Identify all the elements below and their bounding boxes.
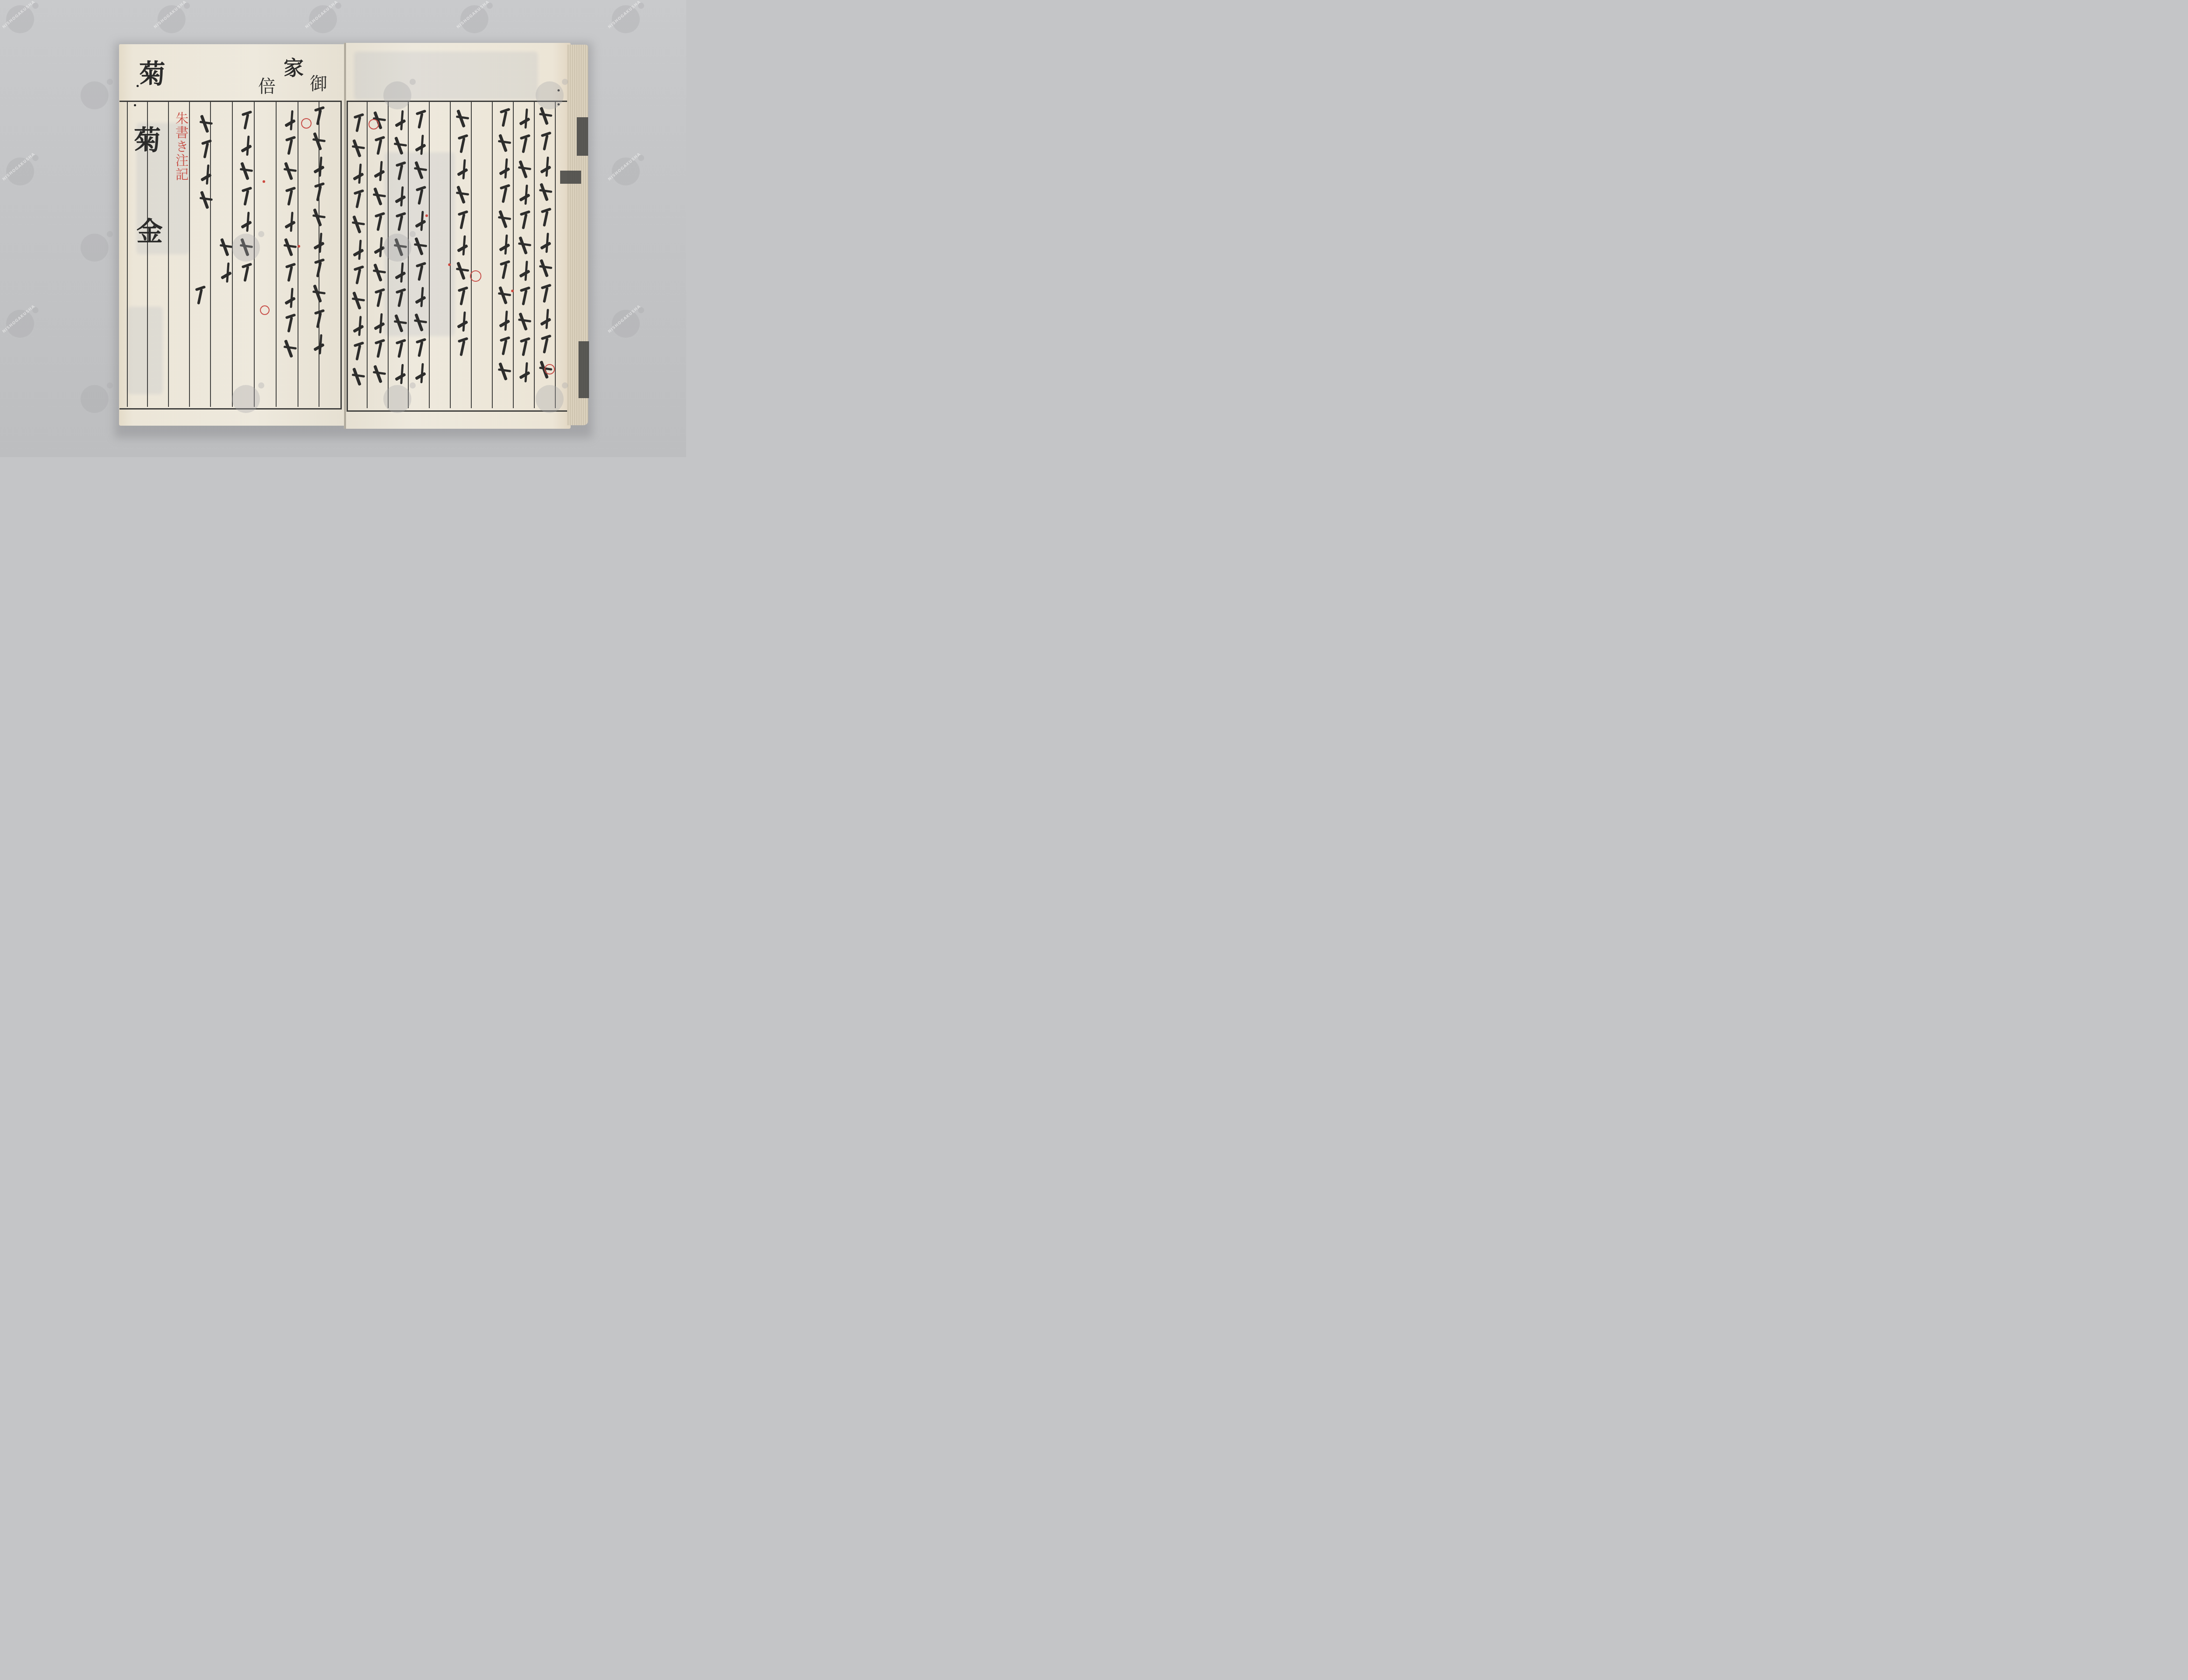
column-rule — [513, 102, 514, 408]
nishogakusha-watermark-logo — [383, 234, 411, 262]
column-rule — [492, 102, 493, 408]
nishogakusha-watermark-logo — [383, 385, 411, 413]
red-annotation: 朱書き注記 — [171, 112, 190, 182]
red-circle-mark — [368, 119, 379, 129]
edge-ink-block — [560, 171, 581, 184]
nishogakusha-watermark-logo — [81, 81, 109, 109]
nishogakusha-watermark-logo — [383, 81, 411, 109]
calligraphy-column — [311, 105, 327, 356]
calligraphy-column — [198, 113, 214, 212]
red-dot-mark — [448, 263, 451, 266]
nishogakusha-watermark-logo — [81, 385, 109, 413]
red-dot-mark — [425, 214, 428, 217]
column-rule — [429, 102, 430, 408]
header-char-ie: 家 — [284, 58, 304, 78]
column-rule — [450, 102, 451, 408]
column-rule — [555, 102, 556, 408]
title-char-kin: 金 — [137, 219, 163, 245]
calligraphy-column — [454, 108, 471, 359]
red-dot-mark — [263, 180, 265, 183]
title-char-kiku: 菊 — [134, 127, 161, 154]
red-circle-mark — [544, 364, 555, 374]
header-char-on: 御 — [310, 75, 327, 93]
column-rule — [534, 102, 535, 408]
calligraphy-column — [496, 107, 513, 383]
red-circle-mark — [260, 305, 270, 315]
header-char-kiku: 菊 — [139, 61, 165, 87]
nishogakusha-watermark-logo — [536, 81, 564, 109]
red-circle-mark — [301, 118, 312, 129]
nishogakusha-watermark-logo — [232, 234, 260, 262]
red-dot-mark — [511, 290, 514, 292]
column-rule — [168, 102, 169, 407]
nishogakusha-watermark-logo — [232, 385, 260, 413]
calligraphy-column — [412, 108, 429, 385]
red-dot-mark — [298, 245, 300, 248]
calligraphy-column — [516, 108, 533, 384]
header-char-bai: 倍 — [258, 78, 276, 95]
edge-ink-block — [577, 117, 588, 156]
ink-bleed — [354, 52, 538, 100]
column-rule — [471, 102, 472, 408]
calligraphy-column — [537, 105, 554, 381]
calligraphy-column — [350, 112, 367, 388]
binding-hole — [134, 104, 136, 106]
calligraphy-column — [192, 284, 208, 307]
edge-ink-block — [579, 341, 589, 398]
calligraphy-column — [282, 109, 298, 360]
book-spine — [344, 43, 346, 429]
column-rule — [276, 102, 277, 407]
column-rule — [367, 102, 368, 408]
column-rule — [127, 102, 128, 407]
binding-hole — [137, 85, 139, 87]
nishogakusha-watermark-logo — [536, 385, 564, 413]
nishogakusha-watermark-logo — [81, 234, 109, 262]
red-circle-mark — [470, 270, 481, 282]
